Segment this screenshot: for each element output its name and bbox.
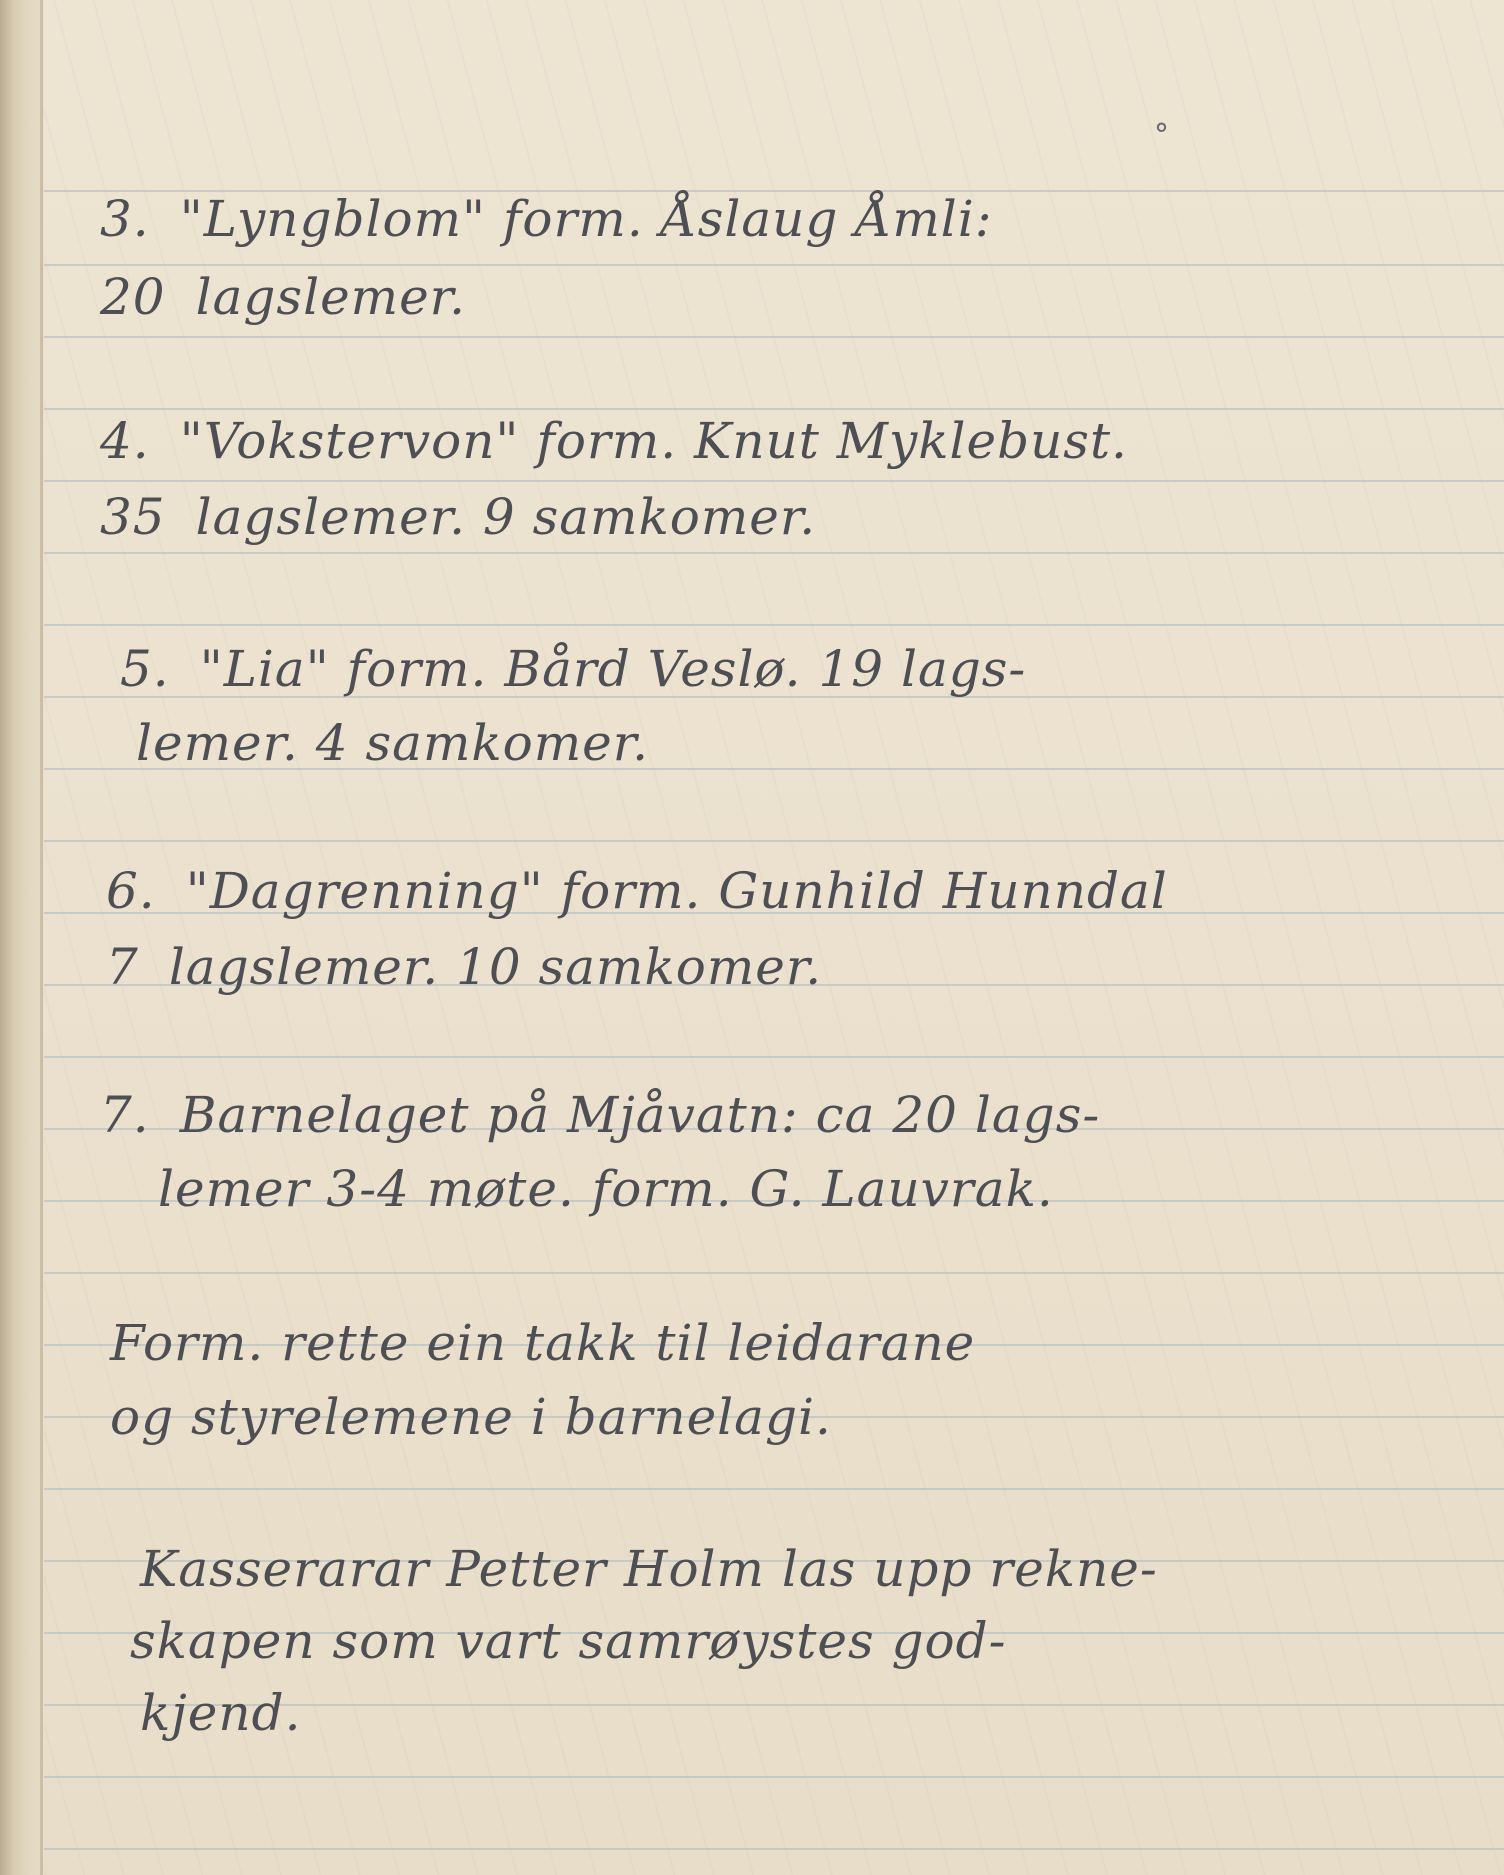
handwritten-line: 7lagslemer. 10 samkomer. — [106, 938, 822, 996]
notebook-page: ° 3."Lyngblom" form. Åslaug Åmli: 20lags… — [44, 0, 1504, 1875]
handwritten-line: 4."Vokstervon" form. Knut Myklebust. — [100, 412, 1128, 470]
handwritten-line: 3."Lyngblom" form. Åslaug Åmli: — [100, 190, 993, 248]
ruled-line — [44, 408, 1504, 410]
handwritten-line: 20lagslemer. — [100, 268, 466, 326]
handwritten-line: skapen som vart samrøystes god- — [100, 1612, 1007, 1670]
ruled-line — [44, 624, 1504, 626]
handwritten-line: kjend. — [110, 1684, 302, 1742]
handwritten-line: 6."Dagrenning" form. Gunhild Hunndal — [106, 862, 1168, 920]
ruled-line — [44, 1056, 1504, 1058]
handwritten-line: 35lagslemer. 9 samkomer. — [100, 488, 816, 546]
ruled-line — [44, 552, 1504, 554]
ruled-line — [44, 1488, 1504, 1490]
ruled-line — [44, 1848, 1504, 1850]
handwritten-line: 5."Lia" form. Bård Veslø. 19 lags- — [120, 640, 1026, 698]
handwritten-line: 7.Barnelaget på Mjåvatn: ca 20 lags- — [100, 1086, 1100, 1144]
ruled-line — [44, 840, 1504, 842]
ruled-line — [44, 480, 1504, 482]
ring-mark: ° — [1154, 118, 1169, 153]
binding-edge — [40, 0, 43, 1875]
handwritten-line: og styrelemene i barnelagi. — [80, 1388, 832, 1446]
handwritten-line: lemer. 4 samkomer. — [106, 714, 649, 772]
ruled-line — [44, 1272, 1504, 1274]
handwritten-line: lemer 3-4 møte. form. G. Lauvrak. — [128, 1160, 1054, 1218]
ruled-line — [44, 1776, 1504, 1778]
ruled-line — [44, 336, 1504, 338]
handwritten-line: Form. rette ein takk til leidarane — [80, 1314, 975, 1372]
handwritten-line: Kasserarar Petter Holm las upp rekne- — [110, 1540, 1158, 1598]
book-binding — [0, 0, 44, 1875]
ruled-line — [44, 264, 1504, 266]
